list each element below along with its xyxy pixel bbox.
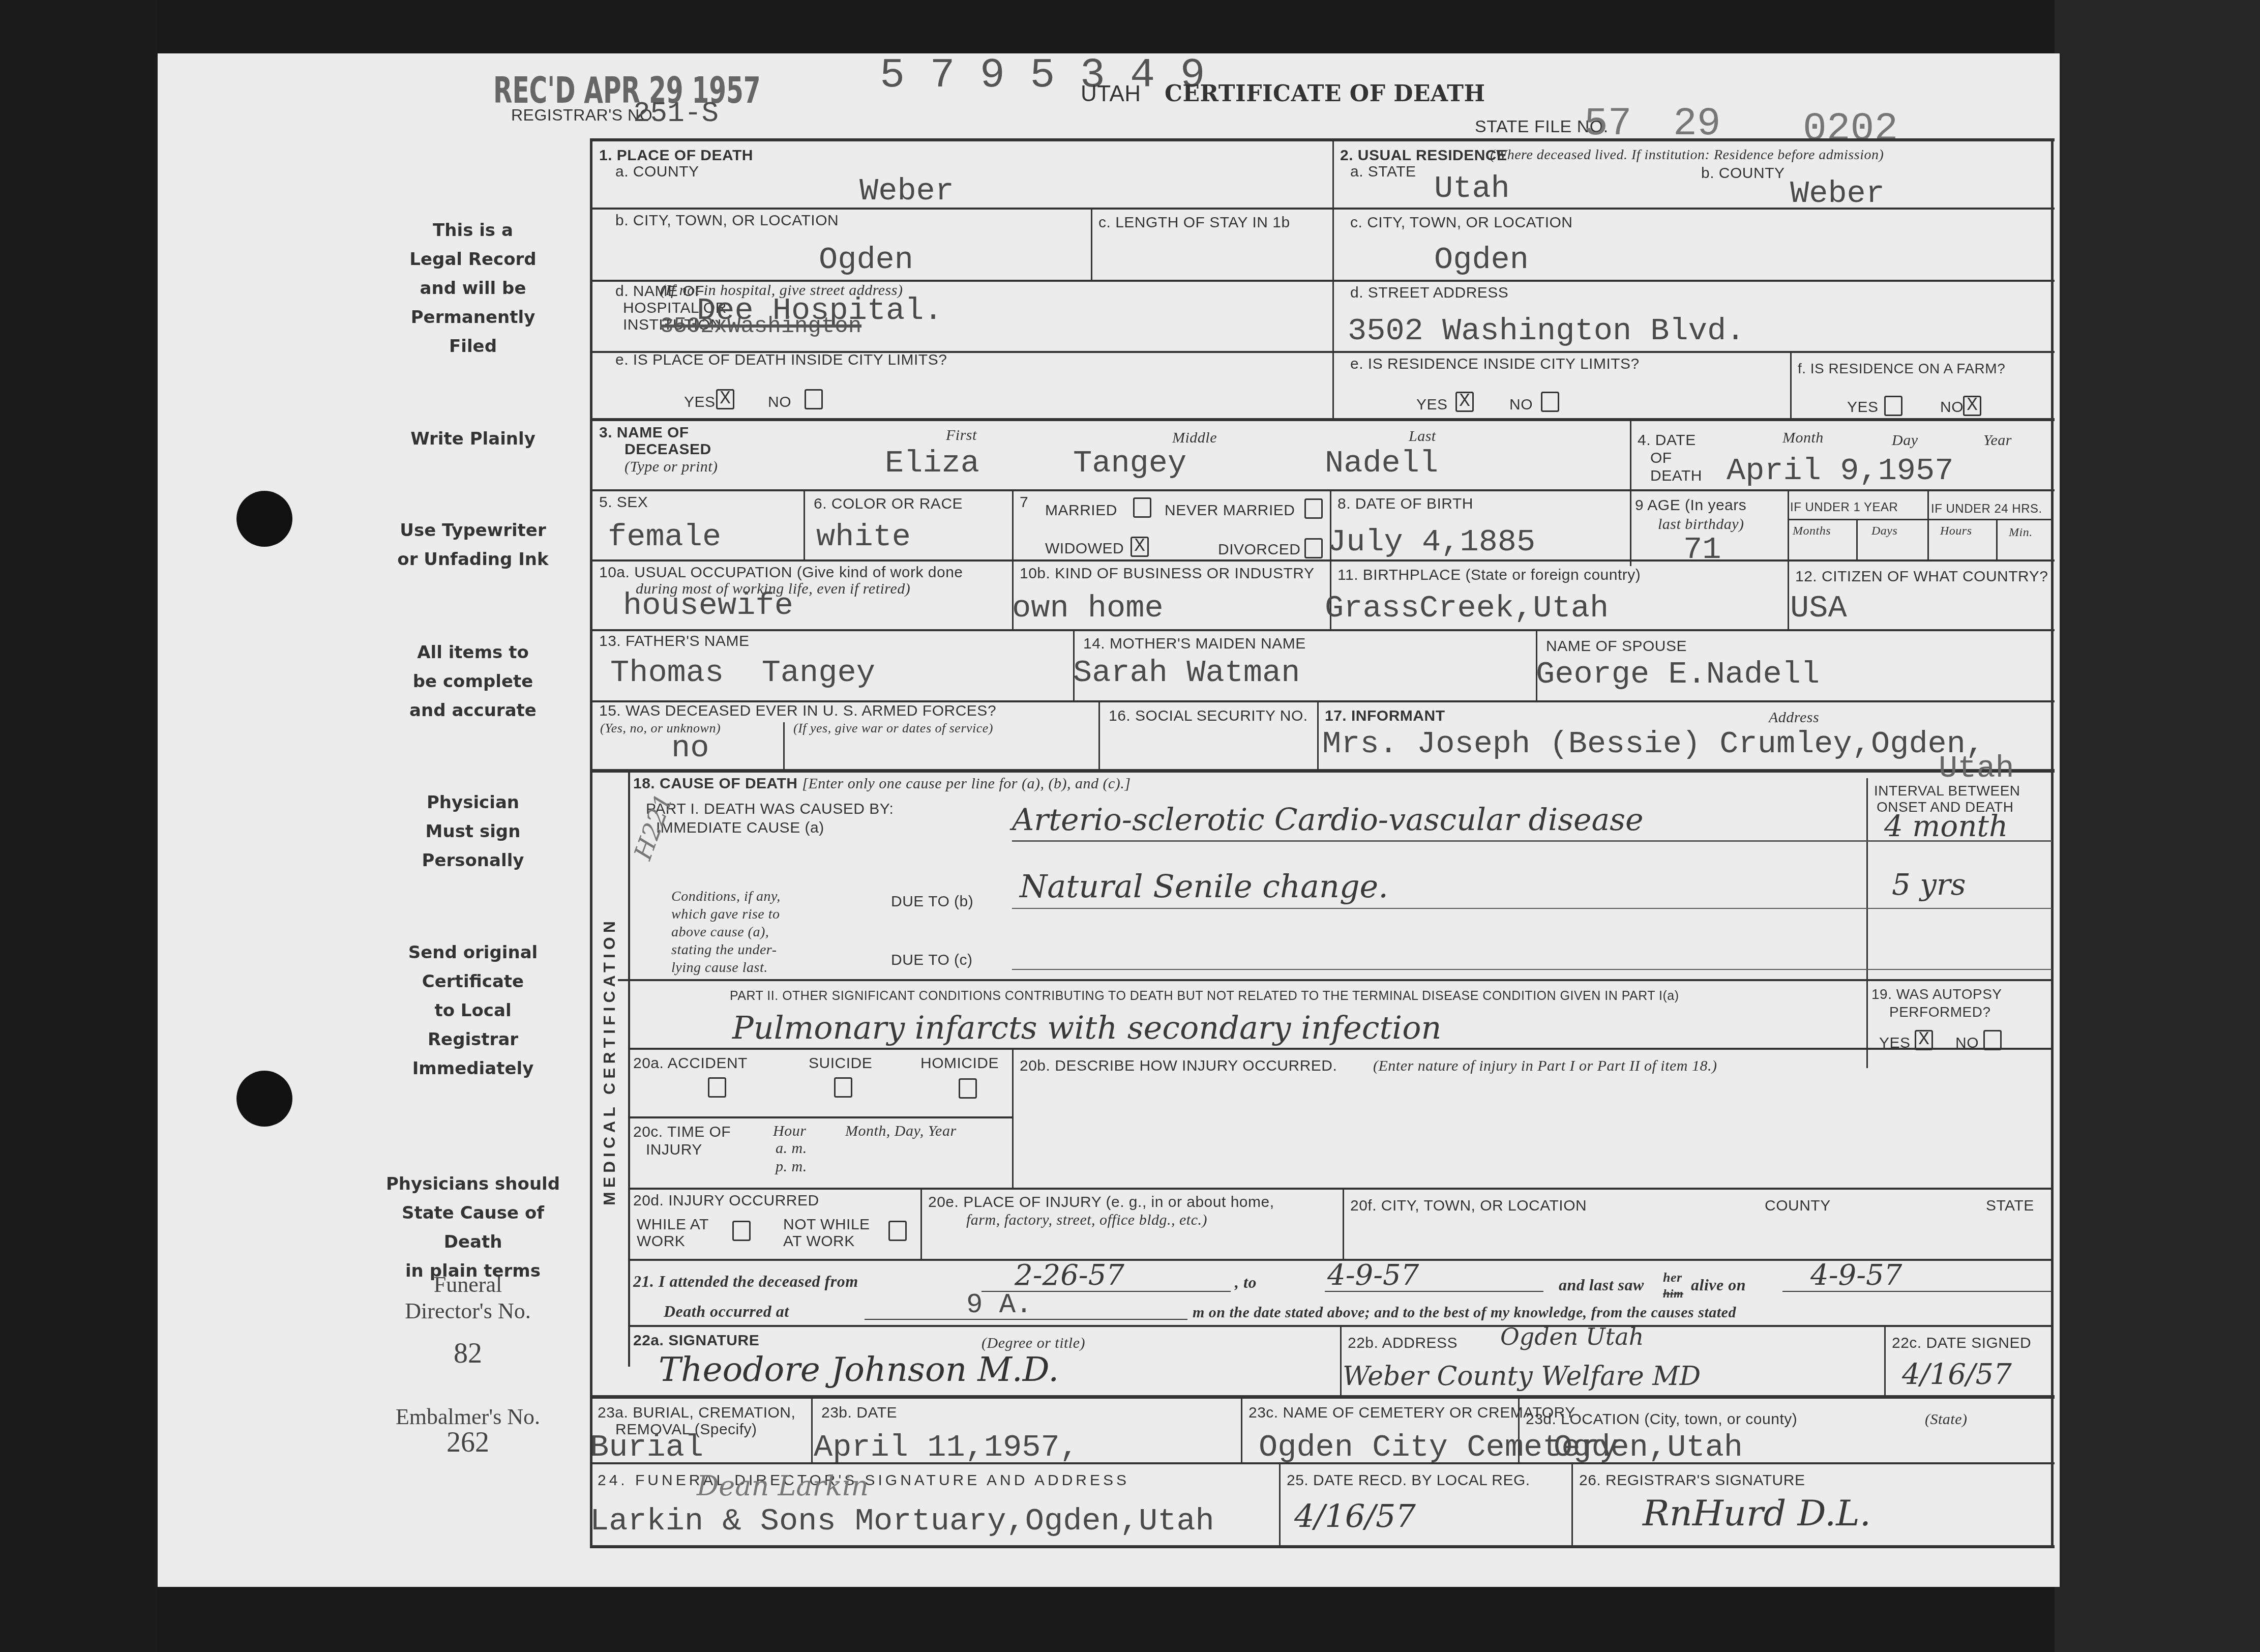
days-label: Days — [1871, 525, 1897, 538]
farm-label: f. IS RESIDENCE ON A FARM? — [1798, 361, 2005, 376]
injury-desc-label: 20b. DESCRIBE HOW INJURY OCCURRED. — [1020, 1058, 1337, 1074]
accident-checkbox[interactable] — [708, 1077, 726, 1098]
received-stamp: REC'D APR 29 1957 — [493, 69, 761, 111]
spouse-name[interactable]: George E.Nadell — [1536, 659, 1820, 690]
part2-label: PART II. OTHER SIGNIFICANT CONDITIONS CO… — [730, 989, 1679, 1002]
funeral-director-address[interactable]: Larkin & Sons Mortuary,Ogden,Utah — [590, 1506, 1214, 1537]
state-file-no-3: 0202 — [1803, 109, 1898, 149]
injury-state-label: STATE — [1986, 1198, 2034, 1214]
alive-label: alive on — [1691, 1277, 1746, 1294]
autopsy-label-2: PERFORMED? — [1889, 1005, 1990, 1019]
homicide-label: HOMICIDE — [920, 1055, 999, 1072]
occupation[interactable]: housewife — [623, 590, 793, 622]
mother-label: 14. MOTHER'S MAIDEN NAME — [1083, 636, 1306, 652]
middle-name[interactable]: Tangey — [1073, 448, 1186, 479]
date-received-label: 25. DATE RECD. BY LOCAL REG. — [1287, 1472, 1530, 1489]
divider — [1332, 138, 1334, 418]
cause-c-underline — [1012, 969, 2052, 970]
attended-label: 21. I attended the deceased from — [633, 1273, 858, 1290]
widowed-label: WIDOWED — [1045, 541, 1124, 557]
divider — [1241, 1399, 1242, 1462]
residence-county-label: b. COUNTY — [1701, 165, 1785, 182]
divider — [1098, 700, 1100, 771]
divider — [628, 769, 630, 1367]
divider — [590, 769, 2055, 773]
divorced-label: DIVORCED — [1218, 542, 1300, 558]
hour-label: Hour — [773, 1123, 806, 1139]
time-injury-label-2: INJURY — [646, 1142, 702, 1158]
interval-label-1: INTERVAL BETWEEN — [1874, 783, 2020, 798]
physician-address-line2[interactable]: Weber County Welfare MD — [1343, 1363, 1701, 1390]
place-of-death-heading: 1. PLACE OF DEATH — [599, 147, 753, 164]
citizen[interactable]: USA — [1790, 593, 1847, 624]
while-work-label-1: WHILE AT — [637, 1217, 709, 1233]
attended-to[interactable]: 4-9-57 — [1327, 1261, 1419, 1290]
immediate-cause[interactable]: Arterio-sclerotic Cardio-vascular diseas… — [1012, 805, 1644, 835]
part1-label: PART I. DEATH WAS CAUSED BY: — [646, 801, 894, 817]
cause-heading-row: 18. CAUSE OF DEATH [Enter only one cause… — [633, 776, 1131, 792]
funeral-director-no: 82 — [371, 1340, 564, 1367]
armed-forces[interactable]: no — [671, 732, 709, 764]
divider — [1343, 1188, 1344, 1259]
place-injury-label: 20e. PLACE OF INJURY (e. g., in or about… — [928, 1194, 1274, 1211]
hours-label: Hours — [1940, 525, 1972, 538]
registrar-signature-label: 26. REGISTRAR'S SIGNATURE — [1579, 1472, 1805, 1489]
part2-conditions[interactable]: Pulmonary infarcts with secondary infect… — [732, 1012, 1441, 1044]
married-checkbox[interactable] — [1133, 497, 1151, 518]
farm-yes-checkbox[interactable] — [1884, 396, 1902, 416]
citizen-label: 12. CITIZEN OF WHAT COUNTRY? — [1795, 569, 2048, 585]
physician-signature[interactable]: Theodore Johnson M.D. — [659, 1353, 1059, 1386]
never-married-checkbox[interactable] — [1304, 498, 1323, 519]
divider — [1317, 700, 1319, 771]
informant-state: Utah — [1939, 753, 2014, 784]
no-label: NO — [1509, 397, 1533, 413]
name-label-1: 3. NAME OF — [599, 424, 689, 441]
race-label: 6. COLOR OR RACE — [814, 496, 963, 512]
time-injury-label-1: 20c. TIME OF — [633, 1124, 731, 1140]
divider — [1884, 1325, 1886, 1396]
due-c-label: DUE TO (c) — [891, 952, 973, 968]
punch-hole-top — [236, 491, 292, 547]
divider — [1340, 1325, 1342, 1396]
death-at-label: Death occurred at — [664, 1303, 789, 1320]
am-label: a. m. — [776, 1140, 807, 1157]
under-24-label: IF UNDER 24 HRS. — [1931, 503, 2042, 515]
divider — [590, 489, 2055, 491]
date-signed[interactable]: 4/16/57 — [1902, 1361, 2012, 1389]
married-label: MARRIED — [1045, 503, 1117, 519]
spouse-label: NAME OF SPOUSE — [1546, 638, 1687, 655]
embalmer-no: 262 — [371, 1429, 564, 1456]
yes-label: YES — [1416, 397, 1448, 413]
divider — [811, 1399, 813, 1462]
year-label: Year — [1983, 432, 2012, 449]
autopsy-yes-checkbox[interactable]: X — [1915, 1030, 1933, 1050]
not-while-label-2: AT WORK — [783, 1233, 855, 1250]
death-county[interactable]: Weber — [859, 175, 954, 207]
sex-label: 5. SEX — [599, 494, 648, 511]
injury-occurred-label: 20d. INJURY OCCURRED — [633, 1193, 819, 1209]
inside-limits-label: e. IS PLACE OF DEATH INSIDE CITY LIMITS? — [615, 352, 947, 368]
divider — [590, 1395, 2055, 1399]
immediate-label: IMMEDIATE CAUSE (a) — [656, 820, 824, 836]
divider — [1279, 1462, 1281, 1546]
occupation-label-1: 10a. USUAL OCCUPATION (Give kind of work… — [599, 565, 963, 581]
date-signed-label: 22c. DATE SIGNED — [1892, 1335, 2031, 1351]
form-top-border — [590, 138, 2055, 141]
first-name[interactable]: Eliza — [885, 448, 979, 479]
cause-hint: [Enter only one cause per line for (a), … — [802, 775, 1131, 792]
to-label: , to — [1235, 1274, 1257, 1291]
never-married-label: NEVER MARRIED — [1165, 503, 1295, 519]
age-label-1: 9 AGE (In years — [1635, 497, 1746, 514]
residence-inside-yes-checkbox[interactable]: X — [1455, 392, 1474, 412]
disposition-state-label: (State) — [1925, 1411, 1967, 1428]
mother-name[interactable]: Sarah Watman — [1073, 657, 1300, 689]
marital-num: 7 — [1020, 494, 1028, 511]
dod-label-3: DEATH — [1650, 468, 1702, 484]
divider — [1866, 778, 1868, 1068]
sex[interactable]: female — [608, 521, 721, 553]
interval-a[interactable]: 4 month — [1884, 811, 2008, 841]
physician-address-label: 22b. ADDRESS — [1348, 1335, 1458, 1351]
date-of-death[interactable]: April 9,1957 — [1727, 455, 1953, 487]
attended-from[interactable]: 2-26-57 — [1015, 1261, 1124, 1290]
day-label: Day — [1892, 432, 1918, 449]
divider — [1630, 421, 1631, 566]
hospital-struck-text: 3502xWashington — [660, 315, 861, 338]
while-at-work-checkbox[interactable] — [732, 1221, 751, 1241]
last-label: Last — [1409, 428, 1436, 445]
stay-label: c. LENGTH OF STAY IN 1b — [1098, 215, 1290, 231]
widowed-checkbox[interactable]: X — [1131, 537, 1149, 557]
funeral-director-signature[interactable]: Dean Larkin — [697, 1472, 869, 1500]
divider — [1856, 519, 1858, 559]
residence-street[interactable]: 3502 Washington Blvd. — [1348, 315, 1745, 347]
side-note-write-plainly: Write Plainly — [376, 425, 570, 454]
divider — [1996, 519, 1998, 559]
side-note-physician-sign: Physician Must sign Personally — [376, 788, 570, 875]
side-note-legal-record: This is a Legal Record and will be Perma… — [376, 216, 570, 361]
no-label: NO — [1955, 1035, 1979, 1051]
side-note-plain-terms: Physicians should State Cause of Death i… — [371, 1170, 575, 1286]
informant[interactable]: Mrs. Joseph (Bessie) Crumley,Ogden, — [1322, 728, 1984, 760]
dob-label: 8. DATE OF BIRTH — [1337, 496, 1473, 512]
birthplace[interactable]: GrassCreek,Utah — [1325, 593, 1609, 624]
side-note-complete: All items to be complete and accurate — [376, 638, 570, 725]
farm-no-checkbox[interactable]: X — [1963, 396, 1981, 416]
suicide-checkbox[interactable] — [834, 1077, 852, 1098]
punch-hole-bottom — [236, 1071, 292, 1127]
while-work-label-2: WORK — [637, 1233, 685, 1250]
form-left-border — [590, 138, 592, 1547]
residence-hint: (Where deceased lived. If institution: R… — [1490, 147, 1884, 162]
interval-b[interactable]: 5 yrs — [1892, 870, 1966, 899]
industry-label: 10b. KIND OF BUSINESS OR INDUSTRY — [1020, 566, 1314, 582]
last-saw-date[interactable]: 4-9-57 — [1810, 1261, 1902, 1290]
divider — [590, 418, 2055, 421]
armed-hint-2: (If yes, give war or dates of service) — [793, 721, 993, 735]
first-label: First — [946, 427, 977, 444]
place-injury-hint: farm, factory, street, office bldg., etc… — [966, 1212, 1207, 1228]
name-label-2: DECEASED — [625, 441, 711, 458]
month-day-year-label: Month, Day, Year — [845, 1123, 957, 1139]
ssn-label: 16. SOCIAL SECURITY NO. — [1109, 708, 1308, 724]
injury-desc-hint: (Enter nature of injury in Part I or Par… — [1373, 1058, 1717, 1074]
disposition-date[interactable]: April 11,1957, — [814, 1432, 1079, 1463]
not-while-at-work-checkbox[interactable] — [888, 1221, 907, 1241]
burial-label-1: 23a. BURIAL, CREMATION, — [598, 1405, 795, 1421]
suicide-label: SUICIDE — [809, 1055, 872, 1072]
death-city[interactable]: Ogden — [819, 244, 913, 276]
race[interactable]: white — [816, 521, 911, 553]
inside-limits-no-checkbox[interactable] — [805, 389, 823, 409]
homicide-checkbox[interactable] — [959, 1078, 977, 1099]
death-time[interactable]: 9 A. — [966, 1292, 1032, 1319]
disposition-method[interactable]: Burial — [590, 1432, 703, 1463]
side-note-send-original: Send original Certificate to Local Regis… — [376, 938, 570, 1083]
street-label: d. STREET ADDRESS — [1350, 285, 1508, 301]
location-label: 23d. LOCATION (City, town, or county) — [1526, 1411, 1797, 1428]
residence-city-label: c. CITY, TOWN, OR LOCATION — [1350, 215, 1573, 231]
city-label: b. CITY, TOWN, OR LOCATION — [615, 213, 839, 229]
informant-label: 17. INFORMANT — [1325, 708, 1445, 724]
registrar-no: 251-S — [633, 99, 719, 128]
conditions-note: Conditions, if any, which gave rise to a… — [671, 888, 781, 977]
residence-heading: 2. USUAL RESIDENCE — [1340, 147, 1507, 164]
last-saw-label: and last saw — [1559, 1277, 1644, 1294]
scan-border-right — [2055, 0, 2260, 1652]
medical-certification-label: MEDICAL CERTIFICATION — [600, 917, 619, 1205]
title-prefix: UTAH — [1081, 82, 1141, 106]
divider — [1788, 519, 2052, 520]
residence-inside-no-checkbox[interactable] — [1541, 392, 1559, 412]
her-label: her — [1663, 1271, 1682, 1284]
registrar-signature[interactable]: RnHurd D.L. — [1643, 1495, 1871, 1531]
date-of-birth[interactable]: July 4,1885 — [1327, 526, 1535, 558]
not-while-label-1: NOT WHILE — [783, 1217, 870, 1233]
autopsy-label-1: 19. WAS AUTOPSY — [1871, 987, 2002, 1001]
disposition-date-label: 23b. DATE — [821, 1405, 897, 1421]
autopsy-no-checkbox[interactable] — [1983, 1030, 2002, 1050]
accident-label: 20a. ACCIDENT — [633, 1055, 748, 1072]
yes-label: YES — [1879, 1035, 1911, 1051]
date-received[interactable]: 4/16/57 — [1294, 1500, 1416, 1532]
divider — [1790, 351, 1792, 420]
middle-label: Middle — [1172, 430, 1217, 446]
divider — [628, 1116, 1013, 1118]
father-label: 13. FATHER'S NAME — [599, 633, 749, 650]
residence-county[interactable]: Weber — [1790, 178, 1885, 210]
physician-address-line1[interactable]: Ogden Utah — [1500, 1325, 1644, 1348]
side-note-typewriter: Use Typewriter or Unfading Ink — [376, 516, 570, 574]
min-label: Min. — [2009, 526, 2033, 539]
divider — [804, 489, 805, 559]
pm-label: p. m. — [776, 1159, 807, 1175]
yes-label: YES — [1847, 399, 1879, 416]
father-name[interactable]: Thomas Tangey — [610, 657, 875, 689]
signature-label: 22a. SIGNATURE — [633, 1333, 759, 1349]
disposition-location[interactable]: Ogden,Utah — [1554, 1432, 1743, 1463]
degree-label: (Degree or title) — [982, 1335, 1085, 1351]
months-label: Months — [1793, 525, 1831, 538]
cause-heading: 18. CAUSE OF DEATH — [633, 775, 798, 792]
dod-label-2: OF — [1650, 450, 1672, 466]
cause-b-underline — [1012, 908, 2052, 909]
name-label-3: (Type or print) — [625, 459, 718, 475]
residence-state-label: a. STATE — [1350, 164, 1416, 180]
divider — [920, 1188, 922, 1259]
divider — [590, 629, 2055, 631]
divider — [590, 559, 2055, 562]
no-label: NO — [1940, 399, 1964, 416]
divider — [1571, 1462, 1573, 1546]
death-at-suffix: m on the date stated above; and to the b… — [1193, 1305, 1736, 1321]
name-label-num: 3. NAME OF — [599, 425, 689, 441]
residence-city[interactable]: Ogden — [1434, 244, 1529, 276]
due-b-label: DUE TO (b) — [891, 894, 973, 910]
funeral-director-no-label: Funeral Director's No. — [371, 1272, 564, 1324]
divider — [628, 1048, 2052, 1050]
due-to-b[interactable]: Natural Senile change. — [1020, 871, 1388, 902]
armed-forces-label: 15. WAS DECEASED EVER IN U. S. ARMED FOR… — [599, 703, 996, 719]
divorced-checkbox[interactable] — [1304, 538, 1323, 558]
industry[interactable]: own home — [1012, 593, 1164, 624]
form-bottom-border — [590, 1545, 2055, 1548]
him-label: him — [1663, 1288, 1683, 1301]
age-label-2: last birthday) — [1658, 516, 1744, 533]
residence-inside-limits-label: e. IS RESIDENCE INSIDE CITY LIMITS? — [1350, 356, 1640, 372]
residence-state[interactable]: Utah — [1434, 173, 1510, 204]
form-right-border — [2051, 138, 2054, 1547]
divider — [628, 1188, 2052, 1190]
last-name[interactable]: Nadell — [1325, 448, 1438, 479]
divider — [783, 722, 785, 771]
informant-address-label: Address — [1769, 710, 1819, 726]
divider — [1927, 489, 1929, 559]
month-label: Month — [1782, 430, 1824, 446]
injury-county-label: COUNTY — [1765, 1198, 1831, 1214]
dod-label-1: 4. DATE — [1638, 432, 1696, 449]
no-label: NO — [768, 394, 791, 410]
scan-border-left — [0, 0, 158, 1652]
birthplace-label: 11. BIRTHPLACE (State or foreign country… — [1337, 567, 1641, 583]
divider — [618, 979, 2052, 981]
county-label: a. COUNTY — [615, 164, 699, 180]
stamp-number: 5 7 9 5 3 4 9 — [880, 55, 1205, 97]
inside-limits-yes-checkbox[interactable]: X — [716, 389, 734, 409]
under-1-year-label: IF UNDER 1 YEAR — [1790, 501, 1898, 514]
page-title: CERTIFICATE OF DEATH — [1165, 82, 1485, 106]
injury-city-label: 20f. CITY, TOWN, OR LOCATION — [1350, 1198, 1587, 1214]
age[interactable]: 71 — [1683, 534, 1721, 566]
divider — [1091, 208, 1092, 280]
yes-label: YES — [684, 394, 716, 410]
